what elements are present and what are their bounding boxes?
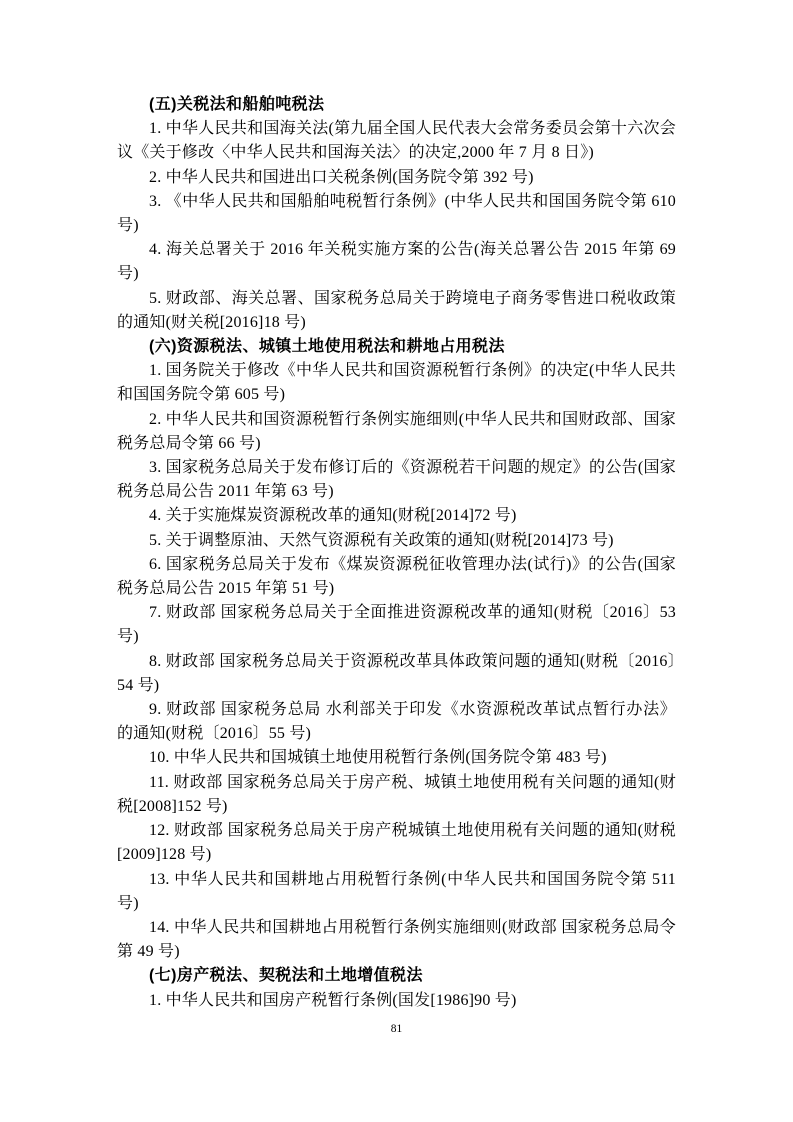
list-item: 10. 中华人民共和国城镇土地使用税暂行条例(国务院令第 483 号): [117, 746, 676, 770]
page-number: 81: [0, 1022, 793, 1036]
list-item: 14. 中华人民共和国耕地占用税暂行条例实施细则(财政部 国家税务总局令第 49…: [117, 916, 676, 964]
section-heading: (六)资源税法、城镇土地使用税法和耕地占用税法: [117, 335, 676, 359]
list-item: 6. 国家税务总局关于发布《煤炭资源税征收管理办法(试行)》的公告(国家税务总局…: [117, 553, 676, 601]
list-item: 3. 《中华人民共和国船舶吨税暂行条例》(中华人民共和国国务院令第 610 号): [117, 190, 676, 238]
list-item: 1. 国务院关于修改《中华人民共和国资源税暂行条例》的决定(中华人民共和国国务院…: [117, 359, 676, 407]
list-item: 5. 关于调整原油、天然气资源税有关政策的通知(财税[2014]73 号): [117, 529, 676, 553]
document-content: (五)关税法和船舶吨税法1. 中华人民共和国海关法(第九届全国人民代表大会常务委…: [117, 93, 676, 1013]
list-item: 2. 中华人民共和国进出口关税条例(国务院令第 392 号): [117, 166, 676, 190]
list-item: 13. 中华人民共和国耕地占用税暂行条例(中华人民共和国国务院令第 511 号): [117, 868, 676, 916]
list-item: 11. 财政部 国家税务总局关于房产税、城镇土地使用税有关问题的通知(财税[20…: [117, 771, 676, 819]
list-item: 8. 财政部 国家税务总局关于资源税改革具体政策问题的通知(财税〔2016〕54…: [117, 650, 676, 698]
list-item: 7. 财政部 国家税务总局关于全面推进资源税改革的通知(财税〔2016〕53 号…: [117, 601, 676, 649]
document-page: (五)关税法和船舶吨税法1. 中华人民共和国海关法(第九届全国人民代表大会常务委…: [0, 0, 793, 1122]
list-item: 9. 财政部 国家税务总局 水利部关于印发《水资源税改革试点暂行办法》的通知(财…: [117, 698, 676, 746]
section-heading: (五)关税法和船舶吨税法: [117, 93, 676, 117]
list-item: 1. 中华人民共和国房产税暂行条例(国发[1986]90 号): [117, 989, 676, 1013]
list-item: 2. 中华人民共和国资源税暂行条例实施细则(中华人民共和国财政部、国家税务总局令…: [117, 408, 676, 456]
list-item: 12. 财政部 国家税务总局关于房产税城镇土地使用税有关问题的通知(财税[200…: [117, 819, 676, 867]
list-item: 4. 关于实施煤炭资源税改革的通知(财税[2014]72 号): [117, 504, 676, 528]
list-item: 3. 国家税务总局关于发布修订后的《资源税若干问题的规定》的公告(国家税务总局公…: [117, 456, 676, 504]
section-heading: (七)房产税法、契税法和土地增值税法: [117, 964, 676, 988]
list-item: 4. 海关总署关于 2016 年关税实施方案的公告(海关总署公告 2015 年第…: [117, 238, 676, 286]
list-item: 5. 财政部、海关总署、国家税务总局关于跨境电子商务零售进口税收政策的通知(财关…: [117, 287, 676, 335]
list-item: 1. 中华人民共和国海关法(第九届全国人民代表大会常务委员会第十六次会议《关于修…: [117, 117, 676, 165]
